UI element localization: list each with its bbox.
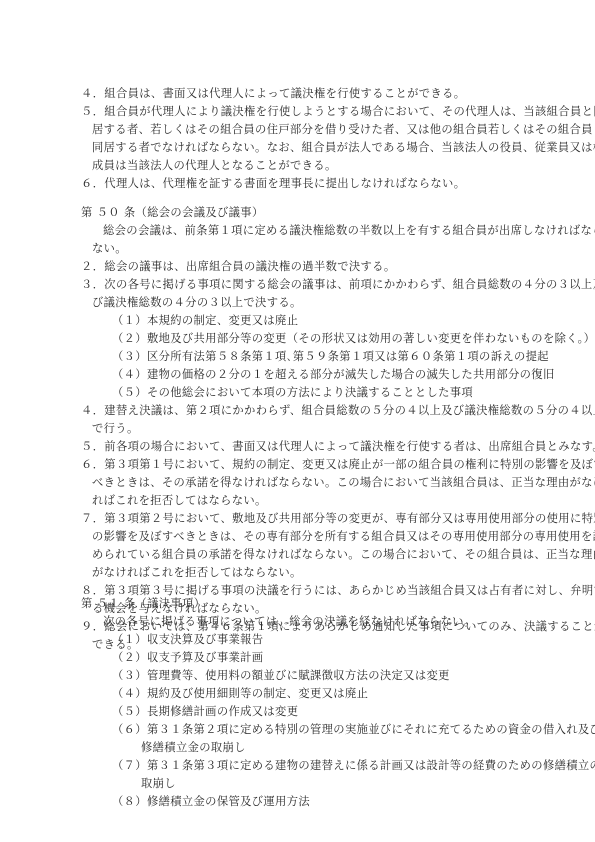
article-50-p2: ２．総会の議事は、出席組合員の議決権の過半数で決する。 — [81, 260, 395, 274]
article-50-p8-line2: る機会を与えなければならない。 — [92, 602, 267, 616]
article-50-p8-line1: ８．第３項第３号に掲げる事項の決議を行うには、あらかじめ当該組合員又は占有者に対… — [81, 584, 595, 598]
article-50-p7-line1: ７．第３項第２号において、敷地及び共用部分等の変更が、専有部分又は専用使用部分の… — [81, 512, 595, 526]
article-50-p3-item3: （３）区分所有法第５８条第１項､第５９条第１項又は第６０条第１項の訴えの提起 — [112, 350, 549, 364]
article-50-p1-line2: ない。 — [92, 242, 127, 256]
paragraph-49-5-line2: 居する者、若しくはその組合員の住戸部分を借り受けた者、又は他の組合員若しくはその… — [92, 123, 595, 137]
article-50-p3-line1: ３．次の各号に掲げる事項に関する総会の議事は、前項にかかわらず、組合員総数の４分… — [81, 278, 595, 292]
article-50-p6-line2: べきときは、その承諾を得なければならない。この場合において当該組合員は、正当な理… — [92, 476, 595, 490]
article-50-p7-line4: がなければこれを拒否してはならない。 — [92, 566, 302, 580]
paragraph-49-6: ６．代理人は、代理権を証する書面を理事長に提出しなければならない。 — [81, 177, 465, 191]
article-50-p4-line1: ４．建替え決議は、第２項にかかわらず、組合員総数の５分の４以上及び議決権総数の５… — [81, 404, 595, 418]
article-50-p7-line2: の影響を及ぼすべきときは、その専有部分を所有する組合員又はその専用使用部分の専用… — [92, 530, 595, 544]
article-50-p3-item4: （４）建物の価格の２分の１を超える部分が滅失した場合の滅失した共用部分の復旧 — [112, 368, 555, 382]
article-50-p3-item5: （５）その他総会において本項の方法により決議することとした事項 — [112, 386, 473, 400]
article-50-p4-line2: で行う。 — [92, 422, 139, 436]
paragraph-49-5-line4: 成員は当該法人の代理人となることができる。 — [92, 159, 337, 173]
document-page: ４．組合員は、書面又は代理人によって議決権を行使することができる。 ５．組合員が… — [0, 0, 595, 842]
article-50-p3-item2: （２）敷地及び共用部分等の変更（その形状又は効用の著しい変更を伴わないものを除く… — [112, 332, 595, 346]
article-50-p6-line3: ればこれを拒否してはならない。 — [92, 494, 267, 508]
article-50-p9-line1: ９．総会においては、第４６条第１項によりあらかじめ通知した事項についてのみ、決議… — [81, 620, 595, 634]
article-50-p3-line2: び議決権総数の４分の３以上で決する。 — [92, 296, 302, 310]
paragraph-49-5-line3: 同居する者でなければならない。なお、組合員が法人である場合、当該法人の役員、従業… — [92, 141, 595, 155]
article-50-heading: 第 ５０ 条（総会の会議及び議事） — [81, 206, 264, 220]
paragraph-49-5-line1: ５．組合員が代理人により議決権を行使しようとする場合において、その代理人は、当該… — [81, 105, 595, 119]
article-50-p5: ５．前各項の場合において、書面又は代理人によって議決権を行使する者は、出席組合員… — [81, 440, 595, 454]
article-50-p1-line1: 総会の会議は、前条第１項に定める議決権総数の半数以上を有する組合員が出席しなけれ… — [103, 224, 595, 238]
article-50-p3-item1: （１）本規約の制定、変更又は廃止 — [112, 314, 298, 328]
article-50-p6-line1: ６．第３項第１号において、規約の制定、変更又は廃止が一部の組合員の権利に特別の影… — [81, 458, 595, 472]
article-50-p9-line2: できる。 — [92, 638, 139, 652]
article-50-p7-line3: められている組合員の承諾を得なければならない。この場合において、その組合員は、正… — [92, 548, 595, 562]
paragraph-49-4: ４．組合員は、書面又は代理人によって議決権を行使することができる。 — [81, 87, 465, 101]
